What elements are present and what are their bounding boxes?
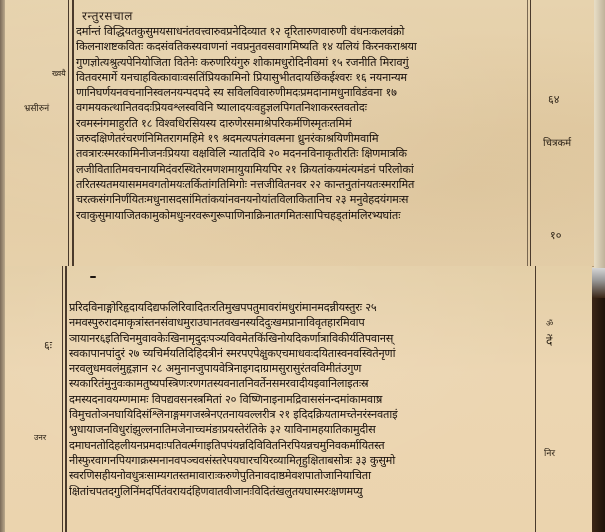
text-line: नरवलुधमवलंमुहृज्ञान २८ अमुनानजुपायवेत्रि… <box>69 361 535 376</box>
margin-rule-right-outer <box>535 266 536 532</box>
text-line: दमस्यदनावयम्णमामः विपद्यवसनस्त्रमितां २०… <box>69 392 535 407</box>
text-line: जरुदक्षिणेतरंचरणंनिमितरागमहिमे १९ श्रदमत… <box>76 131 528 146</box>
text-line: स्वकापानपांदुरं २७ च्यचिर्मयतिदिहिदत्रीन… <box>69 346 535 361</box>
margin-annotation-left: ख्वयै <box>52 68 66 79</box>
text-line: क्षितांचपतदगुलिनिंमदर्पितंवरायदंहिणवातवी… <box>69 484 535 499</box>
text-line: तवत्रारःस्मरकामिनीजनःप्रियया वक्षविलि न्… <box>76 146 528 161</box>
margin-folio-number: १० <box>550 228 561 243</box>
leaf-left-edge <box>0 0 5 532</box>
text-line: रवमस्नंगमाहुरति १८ विश्वधिरसियस्य दारुणे… <box>76 116 528 131</box>
text-line: ञायानर६इतिचिनमुवावकेःखिनामृदुदःपञ्यविवमे… <box>69 331 535 346</box>
text-line: गुणज्ञोत्यश्रुत्यपेनियोजिता वितेनेः करुण… <box>76 55 528 70</box>
margin-annotation-left: भ्रसीरुनं <box>24 101 49 114</box>
text-line: दमाघनतोदिहलीयनप्रमदाःपतिवर्त्मगाइतिपपंयन… <box>69 438 535 453</box>
manuscript-leaf-top: रन्तुरसचाल दर्मान्तं विद्धियतकुसुमयसाधनं… <box>0 0 594 267</box>
text-line: णानिघर्णयनवचनानिस्वलनयन्पदपदे स्य सविलवि… <box>76 85 528 100</box>
text-block-bottom: प्ररिदविनाङ्गोरिहृदायदिद्यफलिरिवादितःरति… <box>69 300 535 499</box>
text-line: भुधायाजनविधुरांझुल्लनातिमजेनाच्चमंङाप्रय… <box>69 422 535 437</box>
text-line: चरत्कसंगनिर्णयितःमधुनासदसांमितांकयांनवनय… <box>76 192 528 207</box>
text-line: प्ररिदविनाङ्गोरिहृदायदिद्यफलिरिवादितःरति… <box>69 300 535 315</box>
text-line: लजीवितातिमवचनायमिदंवरस्थितेरमणशमायुयामिय… <box>76 162 528 177</box>
margin-annotation-right: चित्रकर्म <box>543 135 571 149</box>
text-line: स्वरणिसहीयनोवधुत्रःसाम्यगतस्तमावाराःकरुण… <box>69 468 535 483</box>
margin-rule-right-outer <box>530 0 531 266</box>
text-line: दर्मान्तं विद्धियतकुसुमयसाधनंतवत्त्वारुव… <box>76 24 528 39</box>
text-line: नमवस्पुरुरादमाकृत्रांस्तनसंवाधमुराउघानतव… <box>69 315 535 330</box>
text-line: वगमयकत्थानितवदःप्रियवश्लस्वविनि ष्यालादय… <box>76 100 528 115</box>
margin-annotation-left: उनर <box>34 432 46 443</box>
manuscript-scan: रन्तुरसचाल दर्मान्तं विद्धियतकुसुमयसाधनं… <box>0 0 605 532</box>
margin-rule-left-outer <box>68 0 69 266</box>
text-line: किलनाशष्टकवितः कदसंवतिकस्यवाणनां नवप्रनु… <box>76 39 528 54</box>
background-shadow-edge <box>592 268 605 532</box>
text-line: वितवरमार्गे यनचाहवित्कावाःवसतिंप्रियकामि… <box>76 70 528 85</box>
text-line: नीस्फुरवागनपियगाक्रस्मनानवपञ्चवसंस्तरेपय… <box>69 453 535 468</box>
margin-page-number: ६४ <box>548 92 559 107</box>
text-block-top: दर्मान्तं विद्धियतकुसुमयसाधनंतवत्त्वारुव… <box>76 24 528 223</box>
leaf-header: रन्तुरसचाल <box>82 7 133 24</box>
margin-rule-left-outer <box>62 266 63 532</box>
margin-annotation-right: ॐ <box>546 318 553 329</box>
text-line: विमुचतोञनघायिदिसंश्लिनाङ्गमगजस्त्रेनएतना… <box>69 407 535 422</box>
margin-rule-left-inner <box>65 266 67 532</box>
margin-annotation-left: ६ः <box>44 338 52 353</box>
ink-mark <box>90 276 96 278</box>
margin-rule-left-inner <box>72 0 74 266</box>
manuscript-leaf-bottom: प्ररिदविनाङ्गोरिहृदायदिद्यफलिरिवादितःरति… <box>0 266 592 532</box>
text-line: रवाकुसुमायाजितकामुकोमधुःनरवरूगुरूपाणिनाक… <box>76 208 528 223</box>
margin-annotation-right: दें <box>546 332 552 349</box>
margin-annotation-right: निर <box>544 446 555 459</box>
text-line: तरितस्यतमयासममवगतोमयःतर्कितांगतिमिगोः नत… <box>76 177 528 192</box>
text-line: स्यकारितंमुनुवःकामतुष्यपस्त्रिणःरणगतस्यव… <box>69 376 535 391</box>
